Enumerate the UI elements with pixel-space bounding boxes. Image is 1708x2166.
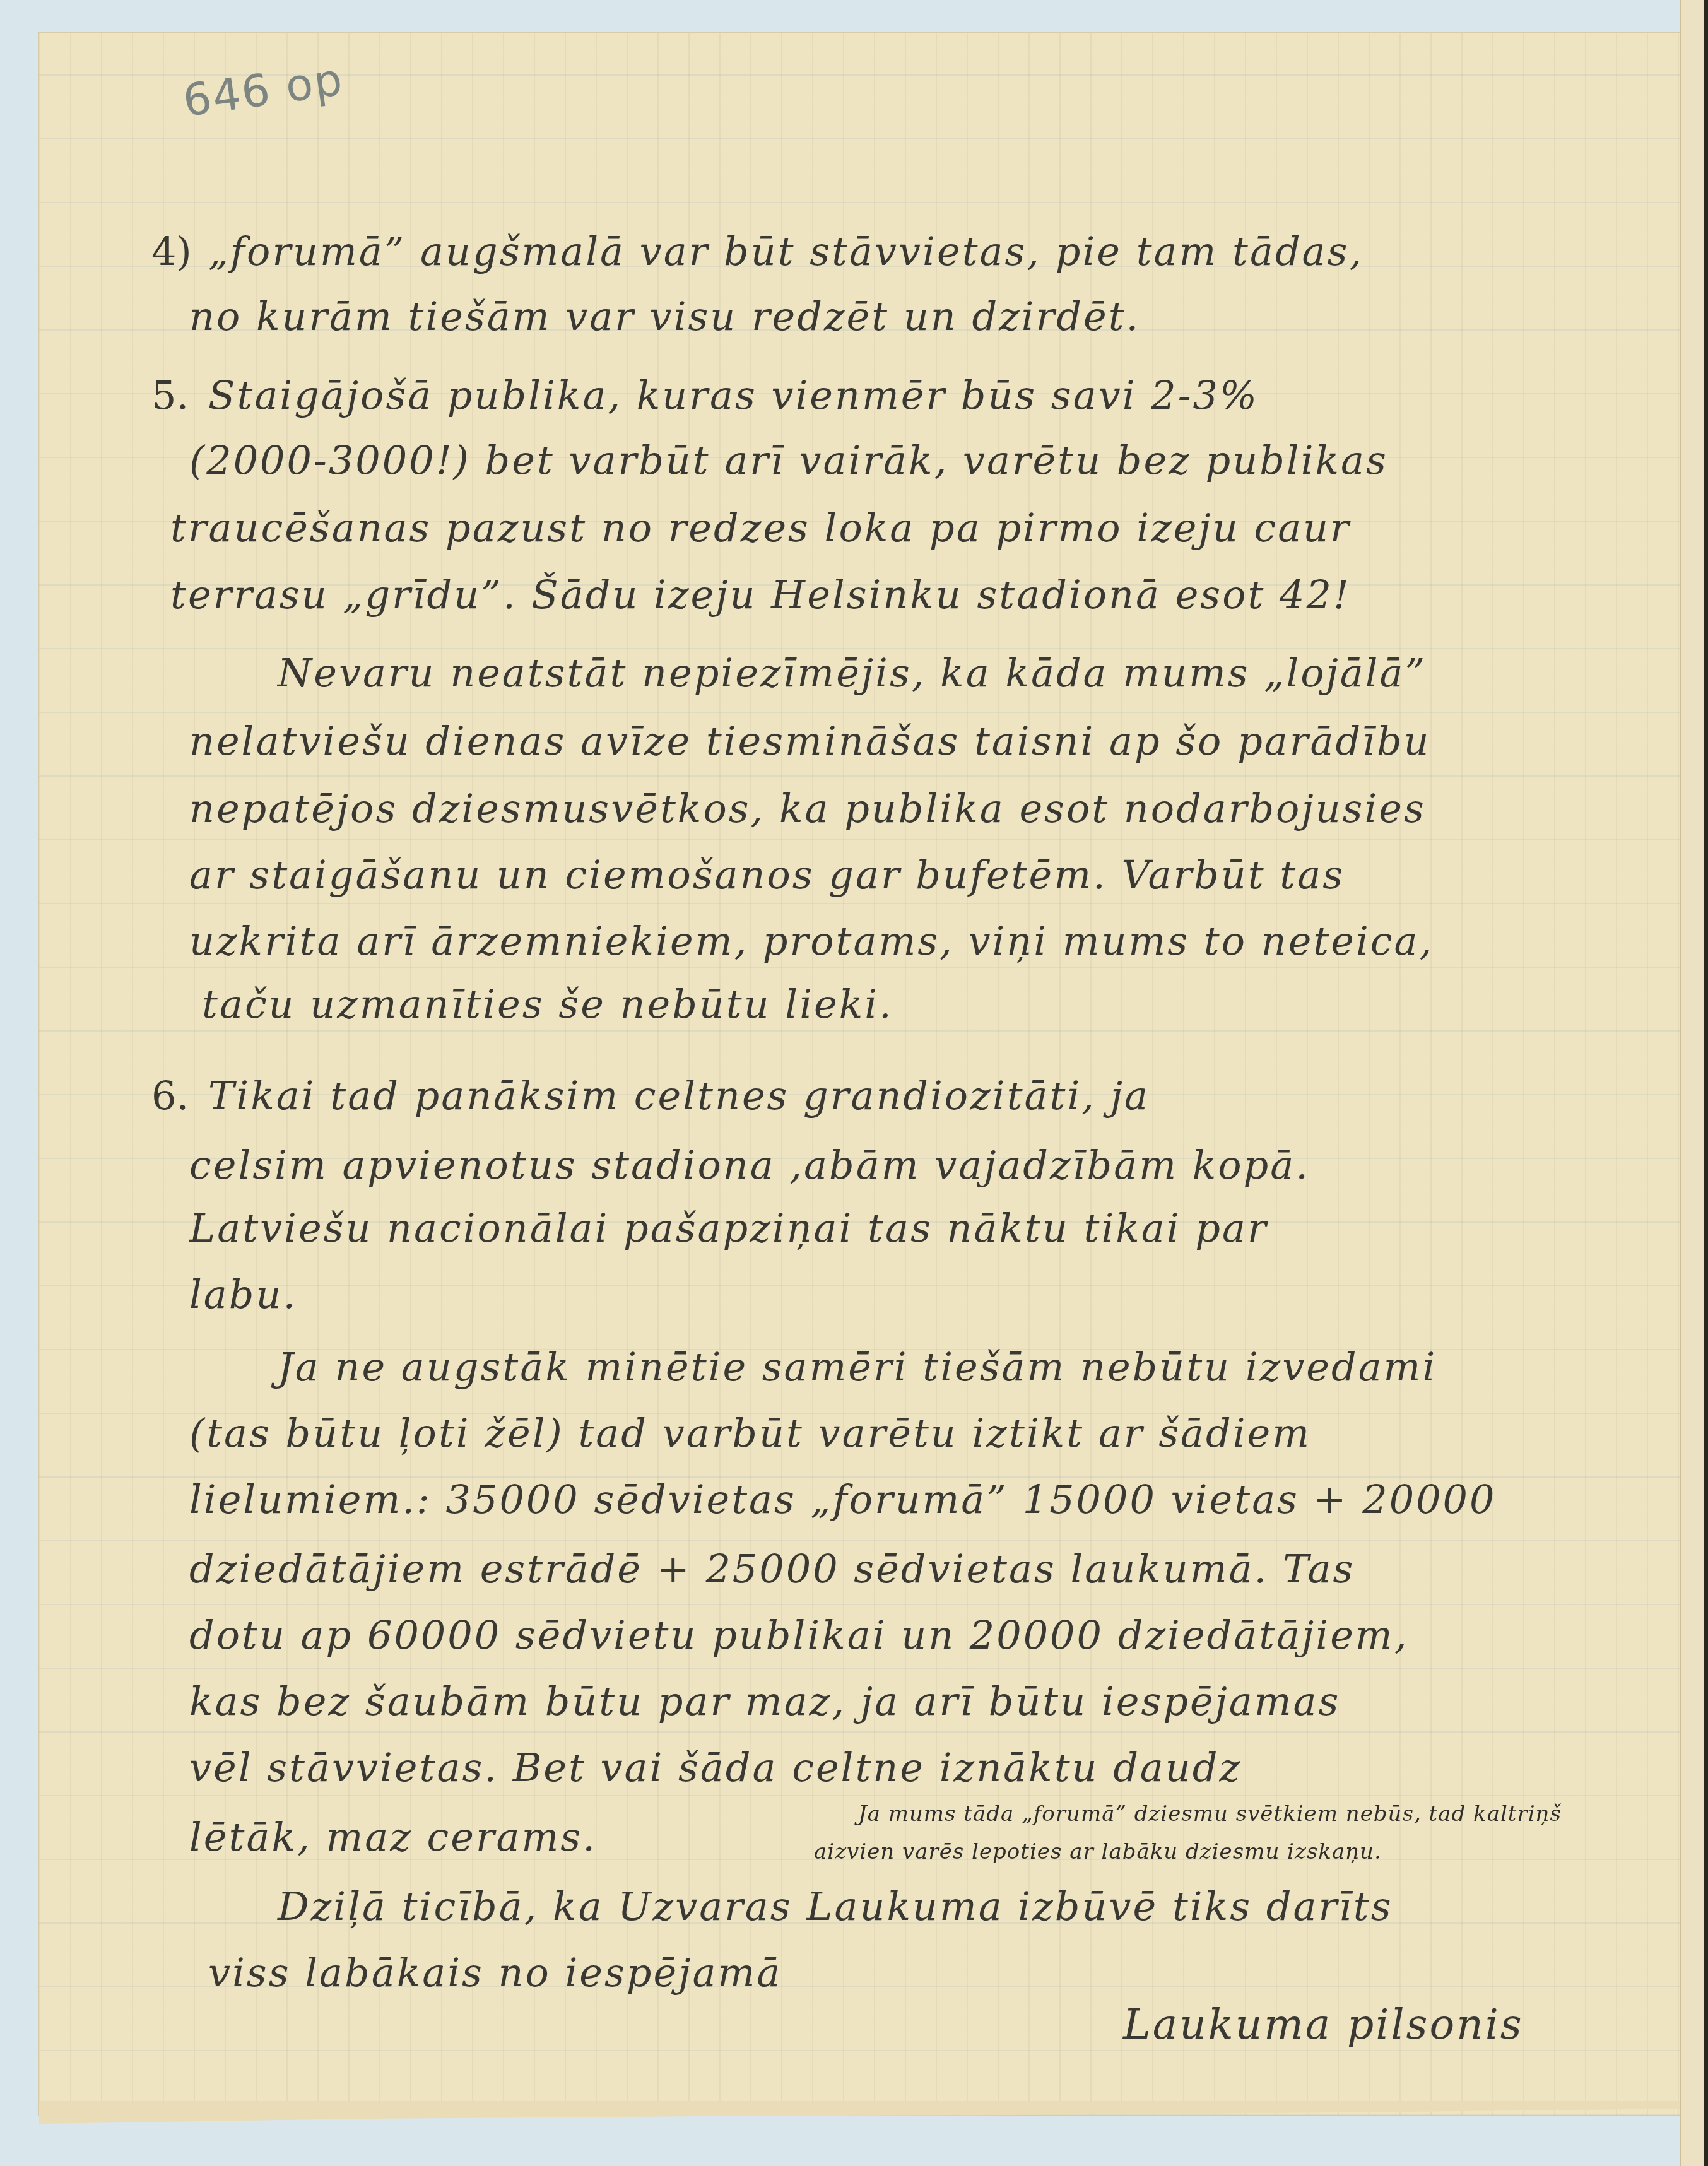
paragraph-2-line-5: dotu ap 60000 sēdvietu publikai un 20000… — [189, 1612, 1408, 1658]
paragraph-2-line-6: kas bez šaubām būtu par maz, ja arī būtu… — [189, 1678, 1340, 1724]
item-5-line-4: terrasu „grīdu”. Šādu izeju Helsinku sta… — [170, 572, 1351, 618]
paragraph-2-line-7: vēl stāvvietas. Bet vai šāda celtne iznā… — [189, 1745, 1242, 1791]
paragraph-2-line-4: dziedātājiem estrādē + 25000 sēdvietas l… — [189, 1546, 1355, 1592]
paragraph-1-line-4: ar staigāšanu un ciemošanos gar bufetēm.… — [189, 852, 1345, 898]
item-6-line-1: Tikai tad panāksim celtnes grandiozitāti… — [208, 1073, 1150, 1119]
paragraph-1-line-6: taču uzmanīties še nebūtu lieki. — [202, 981, 893, 1027]
item-6-line-3: Latviešu nacionālai pašapziņai tas nāktu… — [189, 1205, 1268, 1251]
scan-edge — [1704, 0, 1708, 2166]
item-marker-4: 4) — [151, 228, 192, 274]
item-6-line-4: labu. — [189, 1271, 297, 1317]
interlinear-note-line-2: aizvien varēs lepoties ar labāku dziesmu… — [814, 1839, 1382, 1864]
signature: Laukuma pilsonis — [1123, 2000, 1524, 2049]
item-5-line-2: (2000-3000!) bet varbūt arī vairāk, varē… — [189, 437, 1388, 483]
paragraph-2-line-3: lielumiem.: 35000 sēdvietas „forumā” 150… — [189, 1476, 1497, 1522]
paragraph-1-line-5: uzkrita arī ārzemniekiem, protams, viņi … — [189, 918, 1434, 964]
item-4-line-1: „forumā” augšmalā var būt stāvvietas, pi… — [208, 228, 1363, 274]
item-5-line-1: Staigājošā publika, kuras vienmēr būs sa… — [208, 372, 1259, 418]
item-marker-6: 6. — [151, 1073, 189, 1119]
closing-line-2: viss labākais no iespējamā — [208, 1950, 782, 1996]
paragraph-2-line-2: (tas būtu ļoti žēl) tad varbūt varētu iz… — [189, 1410, 1311, 1456]
item-5-line-3: traucēšanas pazust no redzes loka pa pir… — [170, 505, 1351, 551]
item-6-line-2: celsim apvienotus stadiona ,abām vajadzī… — [189, 1142, 1310, 1188]
paragraph-1-line-1: Nevaru neatstāt nepiezīmējis, ka kāda mu… — [278, 650, 1427, 696]
paragraph-2-line-1: Ja ne augstāk minētie samēri tiešām nebū… — [278, 1344, 1437, 1390]
paragraph-1-line-3: nepatējos dziesmusvētkos, ka publika eso… — [189, 786, 1426, 832]
interlinear-note-line-1: Ja mums tāda „forumā” dziesmu svētkiem n… — [858, 1801, 1562, 1827]
item-4-line-2: no kurām tiešām var visu redzēt un dzird… — [189, 293, 1140, 339]
paragraph-1-line-2: nelatviešu dienas avīze tiesmināšas tais… — [189, 718, 1431, 764]
item-marker-5: 5. — [151, 372, 189, 418]
paragraph-2-line-8: lētāk, maz cerams. — [189, 1814, 597, 1860]
closing-line-1: Dziļā ticībā, ka Uzvaras Laukuma izbūvē … — [278, 1883, 1393, 1929]
